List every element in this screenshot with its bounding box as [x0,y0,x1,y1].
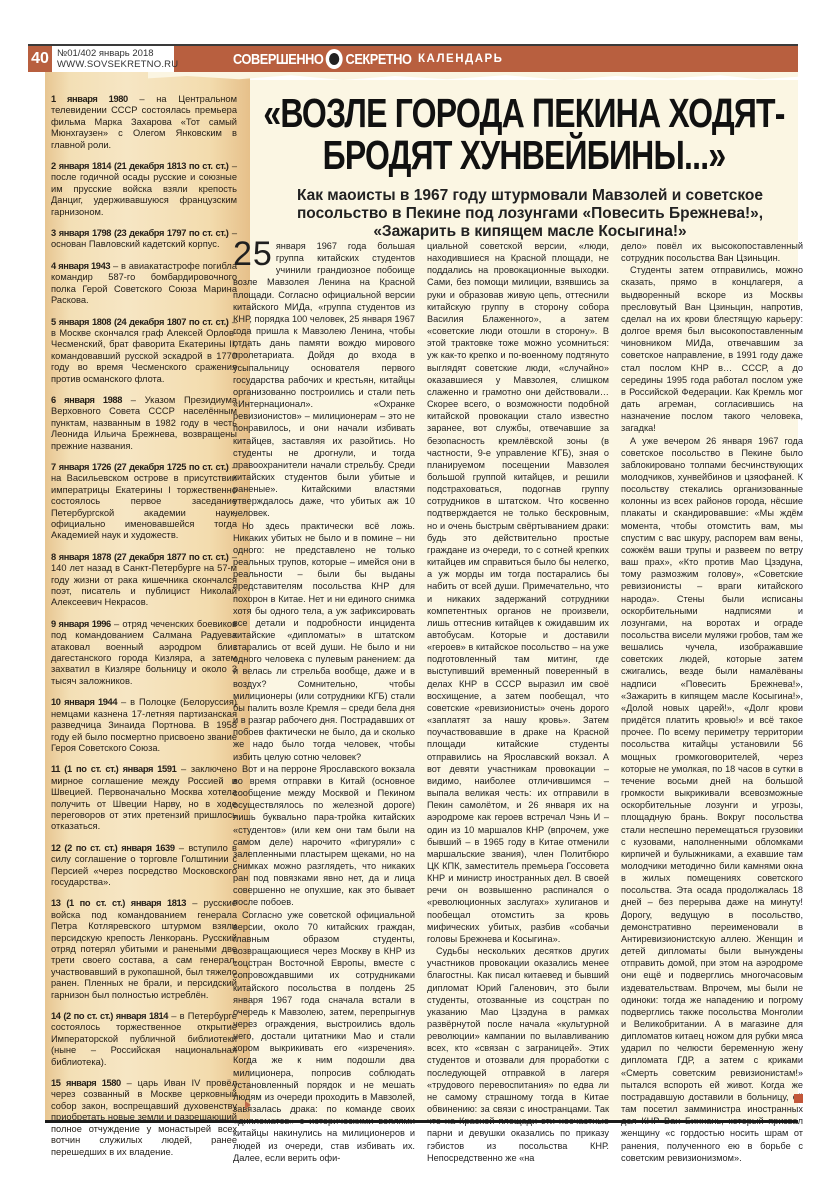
article-column-2: циальной советской версии, «люди, находи… [427,240,609,1164]
end-of-article-square-icon [794,1094,803,1103]
calendar-entry: 4 января 1943 – в авиакатастрофе погибла… [51,261,237,307]
calendar-entry-text: – русские войска под командованием генер… [51,898,237,999]
logo-left-text: СОВЕРШЕННО [233,51,323,68]
calendar-entry-date: 6 января 1988 [51,395,122,405]
paragraph-text: А уже вечером 26 января 1967 года советс… [621,436,803,1163]
article-column-1: 25января 1967 года большая группа китайс… [233,240,415,1164]
article-title: «ВОЗЛЕ ГОРОДА ПЕКИНА ХОДЯТ-БРОДЯТ ХУНВЕЙ… [260,92,787,176]
calendar-entry-date: 3 января 1798 (23 декабря 1797 по ст. ст… [51,228,229,238]
paragraph-text: Судьбы нескольких десятков других участн… [427,946,609,1163]
article-paragraph: Но здесь практически всё ложь. Никаких у… [233,520,415,763]
calendar-entry-text: – царь Иван IV провёл через созванный в … [51,1078,237,1156]
calendar-entry-date: 14 (2 по ст. ст.) января 1814 [51,1011,168,1021]
calendar-entry-date: 10 января 1944 [51,697,117,707]
calendar-entry-date: 15 января 1580 [51,1078,121,1088]
calendar-entry: 14 (2 по ст. ст.) января 1814 – в Петерб… [51,1011,237,1068]
calendar-entry-date: 13 (1 по ст. ст.) января 1813 [51,898,186,908]
calendar-entry: 1 января 1980 – на Центральном телевиден… [51,94,237,151]
article-paragraph: А уже вечером 26 января 1967 года советс… [621,435,803,1164]
article-paragraph: Студенты затем отправились, можно сказат… [621,264,803,434]
magazine-logo: СОВЕРШЕННО СЕКРЕТНО [233,46,412,72]
article-subtitle: Как маоисты в 1967 году штурмовали Мавзо… [260,187,800,241]
calendar-entry-date: 5 января 1808 (24 декабря 1807 по ст. ст… [51,317,229,327]
calendar-entry: 3 января 1798 (23 декабря 1797 по ст. ст… [51,228,237,251]
article-body: 25января 1967 года большая группа китайс… [233,240,793,1120]
calendar-entry: 9 января 1996 – отряд чеченских боевиков… [51,619,237,687]
drop-cap: 25 [233,241,273,267]
article-paragraph: дело» повёл их высокопоставленный сотруд… [621,240,803,264]
calendar-list: 1 января 1980 – на Центральном телевиден… [51,94,237,1168]
calendar-entry: 11 (1 по ст. ст.) января 1591 – заключен… [51,764,237,832]
calendar-entry: 10 января 1944 – в Полоцке (Белоруссия) … [51,697,237,754]
calendar-entry-date: 12 (2 по ст. ст.) января 1639 [51,843,175,853]
paragraph-text: Но здесь практически всё ложь. Никаких у… [233,521,415,762]
calendar-entry-date: 1 января 1980 [51,94,128,104]
calendar-entry-date: 8 января 1878 (27 декабря 1877 по ст. ст… [51,552,229,562]
calendar-entry: 2 января 1814 (21 декабря 1813 по ст. ст… [51,161,237,218]
calendar-entry-date: 11 (1 по ст. ст.) января 1591 [51,764,176,774]
article-paragraph: 25января 1967 года большая группа китайс… [233,240,415,520]
article-column-3: дело» повёл их высокопоставленный сотруд… [621,240,803,1164]
calendar-entry-text: – заключено мирное соглашение между Росс… [51,764,237,831]
calendar-entry-text: – на Васильевском острове в присутствии … [51,462,237,540]
website-link[interactable]: WWW.SOVSEKRETNO.RU [57,59,178,70]
sidebar-arrow-icon [245,1101,251,1109]
paragraph-text: января 1967 года большая группа китайски… [233,241,415,518]
calendar-entry: 7 января 1726 (27 декабря 1725 по ст. ст… [51,462,237,542]
paragraph-text: дело» повёл их высокопоставленный сотруд… [621,241,803,263]
issue-box: №01/402 январь 2018 WWW.SOVSEKRETNO.RU [52,46,174,72]
calendar-entry: 8 января 1878 (27 декабря 1877 по ст. ст… [51,552,237,609]
logo-right-text: СЕКРЕТНО [346,51,412,68]
calendar-entry: 12 (2 по ст. ст.) января 1639 – вступило… [51,843,237,889]
calendar-entry: 6 января 1988 – Указом Президиума Верхов… [51,395,237,452]
page-number: 40 [28,46,52,72]
calendar-entry: 15 января 1580 – царь Иван IV провёл чер… [51,1078,237,1158]
article-paragraph: Вот и на перроне Ярославского вокзала во… [233,763,415,909]
footer-rule [45,1120,798,1123]
calendar-entry-date: 9 января 1996 [51,619,111,629]
calendar-entry-date: 4 января 1943 [51,261,110,271]
article-paragraph: Судьбы нескольких десятков других участн… [427,945,609,1164]
calendar-sidebar: 1 января 1980 – на Центральном телевиден… [45,72,250,1120]
calendar-entry-date: 7 января 1726 (27 декабря 1725 по ст. ст… [51,462,229,472]
magazine-page: 40 №01/402 январь 2018 WWW.SOVSEKRETNO.R… [28,44,798,1144]
calendar-entry: 13 (1 по ст. ст.) января 1813 – русские … [51,898,237,1001]
calendar-entry-date: 2 января 1814 (21 декабря 1813 по ст. ст… [51,161,229,171]
fencer-emblem-icon [326,49,343,69]
article-paragraph: Согласно уже советской официальной верси… [233,909,415,1164]
article-paragraph: циальной советской версии, «люди, находи… [427,240,609,945]
section-label: КАЛЕНДАРЬ [418,46,503,72]
paragraph-text: циальной советской версии, «люди, находи… [427,241,609,944]
paragraph-text: Студенты затем отправились, можно сказат… [621,265,803,433]
calendar-entry: 5 января 1808 (24 декабря 1807 по ст. ст… [51,317,237,385]
paragraph-text: Согласно уже советской официальной верси… [233,910,415,1163]
paragraph-text: Вот и на перроне Ярославского вокзала во… [233,764,415,908]
issue-number: №01/402 январь 2018 [57,48,154,59]
